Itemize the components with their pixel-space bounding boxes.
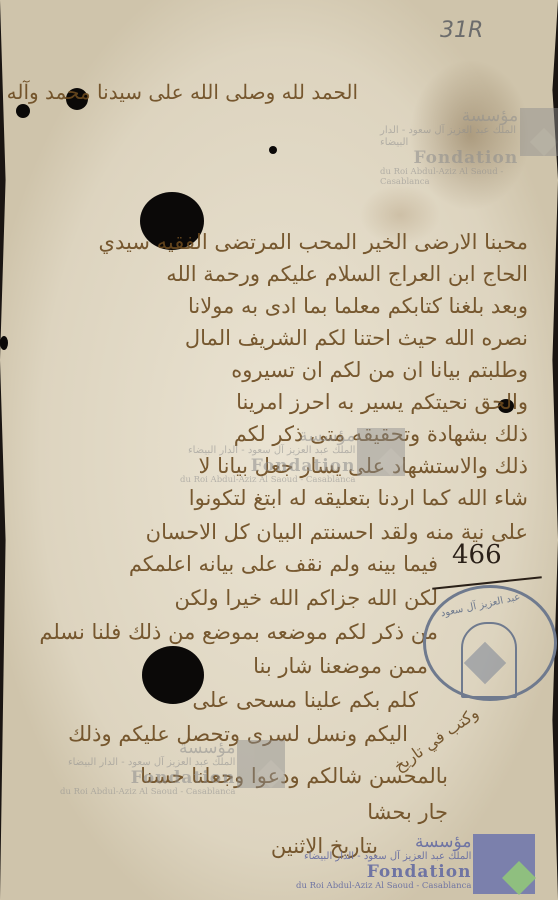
watermark-french-title: Fondation — [367, 863, 472, 881]
watermark-logo: مؤسسة الملك عبد العزيز آل سعود - الدار ا… — [380, 108, 558, 187]
body-line: ممن موضعنا شار بنا — [253, 654, 428, 678]
body-line: شاء الله كما اردنا بتعليقه له ابتغ لتكون… — [189, 486, 528, 510]
body-line: فيما بينه ولم نقف على بيانه اعلمكم — [129, 552, 438, 576]
foundation-logo-icon — [357, 428, 405, 476]
body-line: كلم بكم علينا مسحى على — [192, 688, 418, 712]
body-line: جار بحشا — [367, 800, 448, 824]
folio-mark: 31R — [440, 18, 483, 43]
watermark-arabic-subtitle: الملك عبد العزيز آل سعود - الدار البيضاء — [380, 125, 518, 149]
paper-hole — [0, 336, 8, 350]
watermark-french-subtitle: du Roi Abdul-Aziz Al Saoud - Casablanca — [296, 881, 471, 891]
body-line: وطلبتم بيانا ان من لكم ان تسيروه — [231, 358, 528, 382]
foundation-logo-icon — [520, 108, 558, 156]
watermark-logo: مؤسسة الملك عبد العزيز آل سعود - الدار ا… — [60, 740, 285, 797]
watermark-arabic-title: مؤسسة — [179, 740, 235, 757]
watermark-arabic-title: مؤسسة — [299, 428, 355, 445]
foundation-logo-icon — [473, 834, 535, 894]
watermark-arabic-title: مؤسسة — [462, 108, 518, 125]
watermark-french-title: Fondation — [131, 769, 236, 787]
watermark-arabic-title: مؤسسة — [415, 834, 471, 851]
watermark-logo: مؤسسة الملك عبد العزيز آل سعود - الدار ا… — [180, 428, 405, 485]
body-line: نصره الله حيث احتنا لكم الشريف المال — [185, 326, 528, 350]
foundation-logo-icon — [237, 740, 285, 788]
body-line: لكن الله جزاكم الله خيرا ولكن — [175, 586, 438, 610]
watermark-logo-color: مؤسسة الملك عبد العزيز آل سعود - الدار ا… — [296, 834, 535, 894]
watermark-french-subtitle: du Roi Abdul-Aziz Al Saoud - Casablanca — [60, 787, 235, 797]
watermark-french-title: Fondation — [251, 457, 356, 475]
body-line: وبعد بلغنا كتابكم معلما بما ادى به مولان… — [188, 294, 528, 318]
watermark-french-subtitle: du Roi Abdul-Aziz Al Saoud - Casablanca — [380, 167, 518, 187]
paper-hole — [16, 104, 30, 118]
body-line: من ذكر لكم موضعه بموضع من ذلك فلنا نسلم — [39, 620, 438, 644]
body-line: والحق نحيتكم يسير به احرز امرينا — [236, 390, 528, 414]
watermark-french-title: Fondation — [413, 149, 518, 167]
header-invocation: الحمد لله وصلى الله على سيدنا محمد وآله … — [0, 80, 358, 104]
inventory-number: 466 — [452, 540, 502, 570]
body-line: محبنا الارضى الخير المحب المرتضى الفقيه … — [99, 230, 528, 254]
paper-hole — [269, 146, 277, 154]
watermark-french-subtitle: du Roi Abdul-Aziz Al Saoud - Casablanca — [180, 475, 355, 485]
body-line: الحاج ابن العراج السلام عليكم ورحمة الله — [166, 262, 528, 286]
